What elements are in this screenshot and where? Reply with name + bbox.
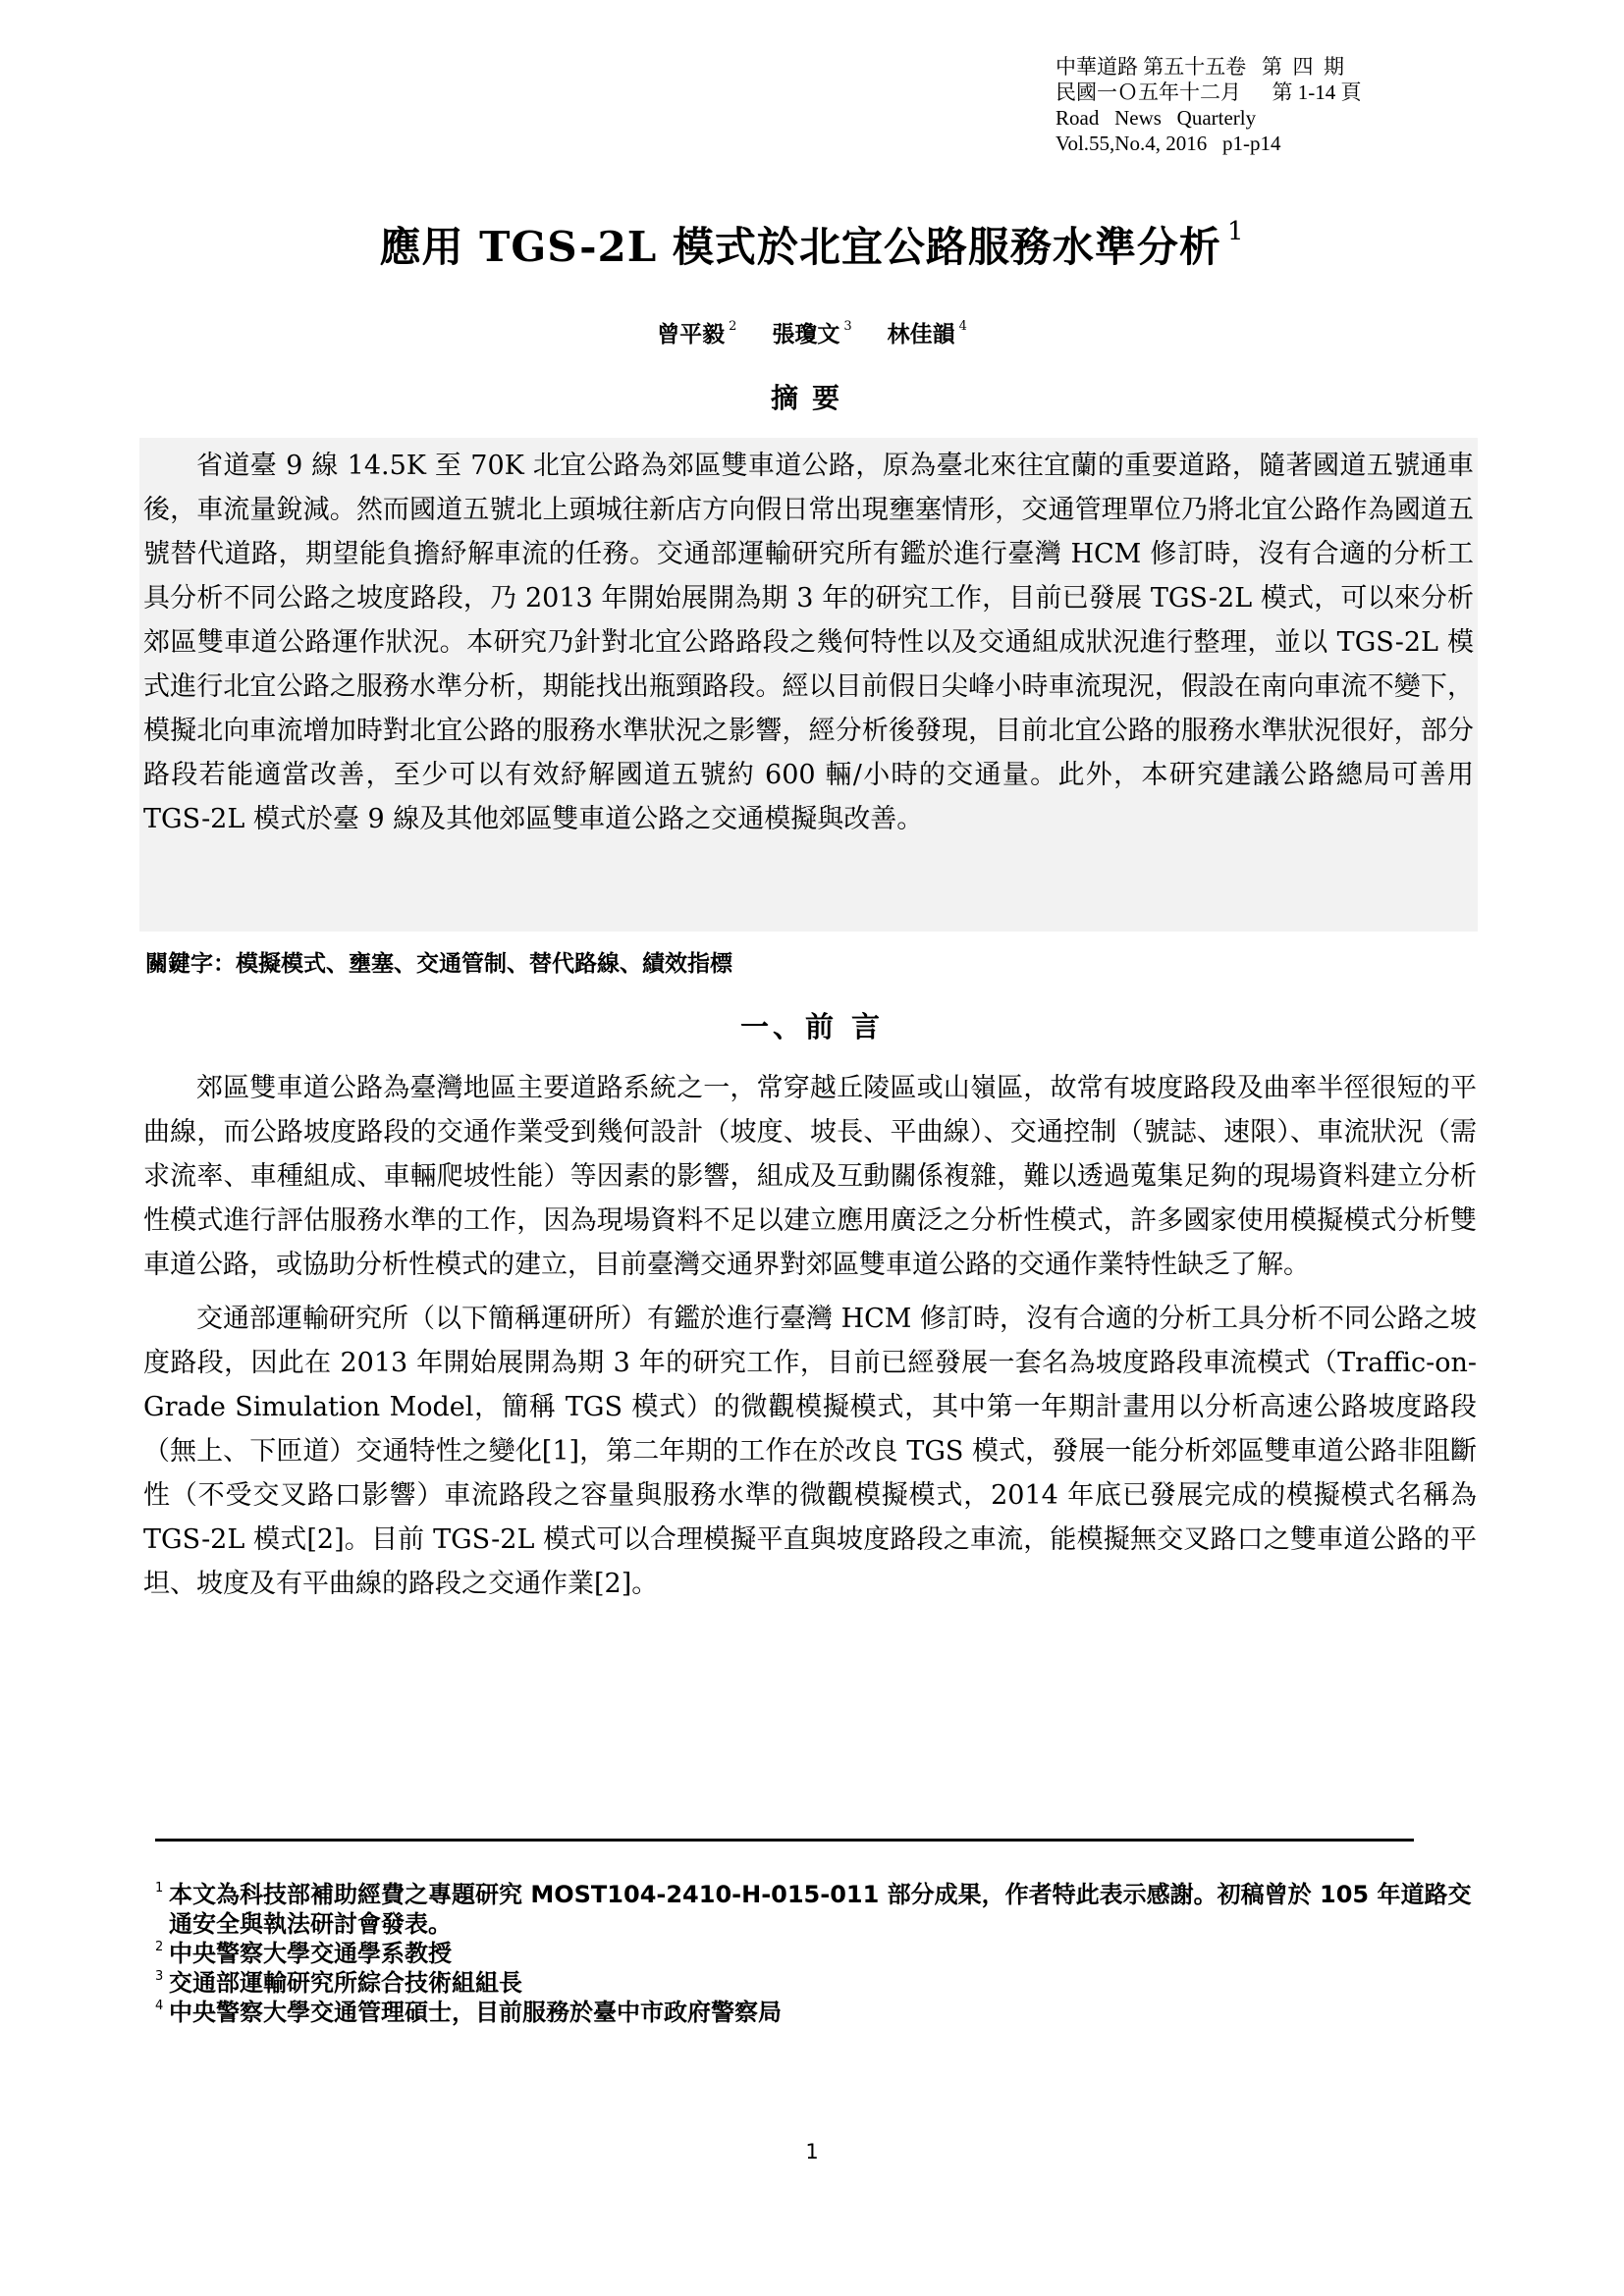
footnote-text: 交通部運輸研究所綜合技術組組長: [169, 1969, 522, 1997]
footnote-mark: 2: [155, 1933, 163, 1962]
journal-info: 中華道路 第五十五卷 第 四 期 民國一Ｏ五年十二月 第 1-14 頁 Road…: [1056, 54, 1468, 156]
footnotes: 1本文為科技部補助經費之專題研究 MOST104-2410-H-015-011 …: [155, 1880, 1490, 2027]
author-footnote-mark[interactable]: 2: [729, 319, 736, 334]
body-paragraph: 交通部運輸研究所（以下簡稱運研所）有鑑於進行臺灣 HCM 修訂時，沒有合適的分析…: [143, 1297, 1477, 1606]
author-footnote-mark[interactable]: 3: [843, 319, 851, 334]
footnote-divider: [155, 1839, 1414, 1842]
footnote-text: 中央警察大學交通管理碩士，目前服務於臺中市政府警察局: [169, 1999, 782, 2026]
introduction-body: 郊區雙車道公路為臺灣地區主要道路系統之一，常穿越丘陵區或山嶺區，故常有坡度路段及…: [143, 1066, 1477, 1606]
page-number: 1: [0, 2140, 1624, 2163]
footnote-mark: 3: [155, 1962, 163, 1992]
keywords: 關鍵字：模擬模式、壅塞、交通管制、替代路線、績效指標: [145, 949, 1481, 979]
author-name: 張瓊文: [772, 321, 839, 347]
author: 張瓊文3: [772, 321, 851, 347]
paper-title: 應用 TGS-2L 模式於北宜公路服務水準分析1: [0, 204, 1624, 275]
author-name: 林佳韻: [888, 321, 955, 347]
journal-volume-issue: 中華道路 第五十五卷 第 四 期: [1056, 54, 1468, 80]
footnote: 3交通部運輸研究所綜合技術組組長: [155, 1968, 1490, 1998]
paper-title-text: 應用 TGS-2L 模式於北宜公路服務水準分析: [380, 223, 1221, 271]
journal-english-volume: Vol.55,No.4, 2016 p1-p14: [1056, 131, 1468, 156]
footnote: 4中央警察大學交通管理碩士，目前服務於臺中市政府警察局: [155, 1998, 1490, 2027]
journal-date-pages: 民國一Ｏ五年十二月 第 1-14 頁: [1056, 80, 1468, 105]
author-list: 曾平毅2 張瓊文3 林佳韻4: [0, 312, 1624, 349]
title-footnote-mark[interactable]: 1: [1227, 217, 1245, 246]
author-footnote-mark[interactable]: 4: [959, 319, 967, 334]
footnote-mark: 1: [155, 1874, 163, 1903]
body-paragraph: 郊區雙車道公路為臺灣地區主要道路系統之一，常穿越丘陵區或山嶺區，故常有坡度路段及…: [143, 1066, 1477, 1287]
author: 林佳韻4: [888, 321, 967, 347]
keywords-label: 關鍵字：: [145, 951, 236, 977]
journal-english-name: Road News Quarterly: [1056, 105, 1468, 131]
footnote: 2中央警察大學交通學系教授: [155, 1939, 1490, 1968]
section-heading-introduction: 一、前 言: [0, 1009, 1624, 1044]
footnote-mark: 4: [155, 1992, 163, 2021]
abstract-box: 省道臺 9 線 14.5K 至 70K 北宜公路為郊區雙車道公路，原為臺北來往宜…: [139, 438, 1478, 932]
footnote-text: 中央警察大學交通學系教授: [169, 1940, 452, 1967]
author: 曾平毅2: [657, 321, 736, 347]
author-name: 曾平毅: [657, 321, 725, 347]
footnote-text: 本文為科技部補助經費之專題研究 MOST104-2410-H-015-011 部…: [169, 1881, 1471, 1938]
abstract-heading: 摘要: [0, 381, 1624, 416]
abstract-text: 省道臺 9 線 14.5K 至 70K 北宜公路為郊區雙車道公路，原為臺北來往宜…: [143, 444, 1474, 841]
footnote: 1本文為科技部補助經費之專題研究 MOST104-2410-H-015-011 …: [155, 1880, 1490, 1939]
keywords-list: 模擬模式、壅塞、交通管制、替代路線、績效指標: [236, 951, 732, 977]
